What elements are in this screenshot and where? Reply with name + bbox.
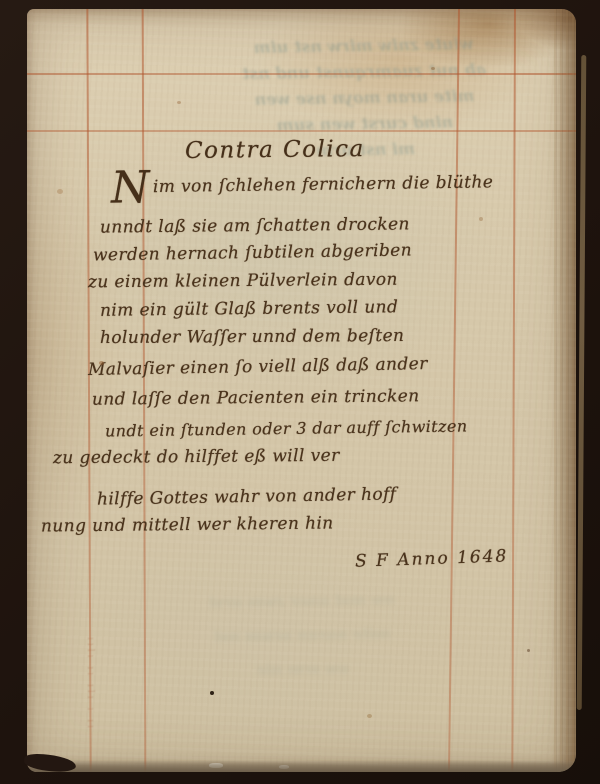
drop-cap-initial: N — [111, 162, 151, 214]
text-line: unndt laß sie am ſchatten drocken — [100, 214, 410, 237]
ruling-line-horizontal-1 — [27, 73, 576, 75]
text-line: zu gedeckt do hilffet eß will ver — [53, 446, 340, 468]
text-line: zu einem kleinen Pülverlein davon — [88, 270, 398, 293]
text-line: holunder Waſſer unnd dem beſten — [100, 326, 405, 348]
fox-speck — [210, 691, 214, 695]
photo-frame: wiute zniw mirw nst uim ab nut zuamrquns… — [0, 0, 600, 784]
page-stack-edge-right — [554, 9, 576, 772]
text-line: nung und mittell wer kheren hin — [41, 513, 334, 536]
text-line: und laſſe den Pacienten ein trincken — [92, 386, 420, 409]
bleed-through-text-mid: nw mst uner zwm urst mite nuran sewm nst… — [116, 581, 488, 689]
fox-speck — [367, 714, 372, 718]
text-line: nim ein gült Glaß brents voll und — [100, 297, 398, 321]
book-edge-sliver — [577, 55, 587, 710]
fox-speck — [431, 67, 435, 70]
ruling-line-horizontal-2 — [27, 130, 576, 132]
page-title: Contra Colica — [185, 136, 365, 164]
fox-speck — [527, 649, 530, 652]
fox-speck — [57, 189, 63, 194]
fox-speck — [99, 361, 104, 365]
manuscript-page: wiute zniw mirw nst uim ab nut zuamrquns… — [27, 9, 576, 772]
fox-speck — [177, 101, 181, 104]
fox-speck — [479, 217, 483, 221]
page-stack-edge-bottom — [27, 760, 576, 772]
